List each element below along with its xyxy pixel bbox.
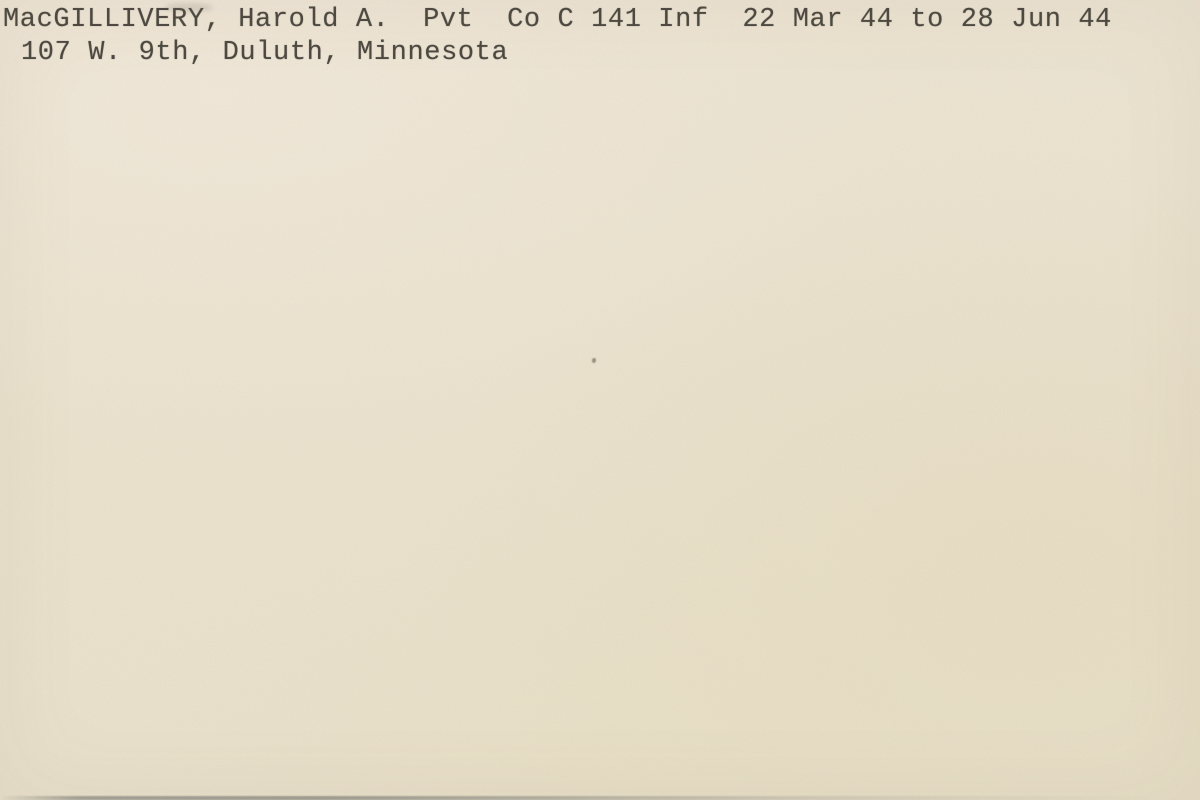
address-line: 107 W. 9th, Duluth, Minnesota bbox=[21, 38, 508, 69]
paper-grain-texture bbox=[0, 0, 1200, 800]
card-bottom-edge-shadow bbox=[0, 796, 1160, 800]
paper-speck bbox=[592, 358, 596, 363]
index-card: MacGILLIVERY, Harold A. Pvt Co C 141 Inf… bbox=[0, 0, 1200, 800]
ink-smudge bbox=[165, 3, 213, 12]
